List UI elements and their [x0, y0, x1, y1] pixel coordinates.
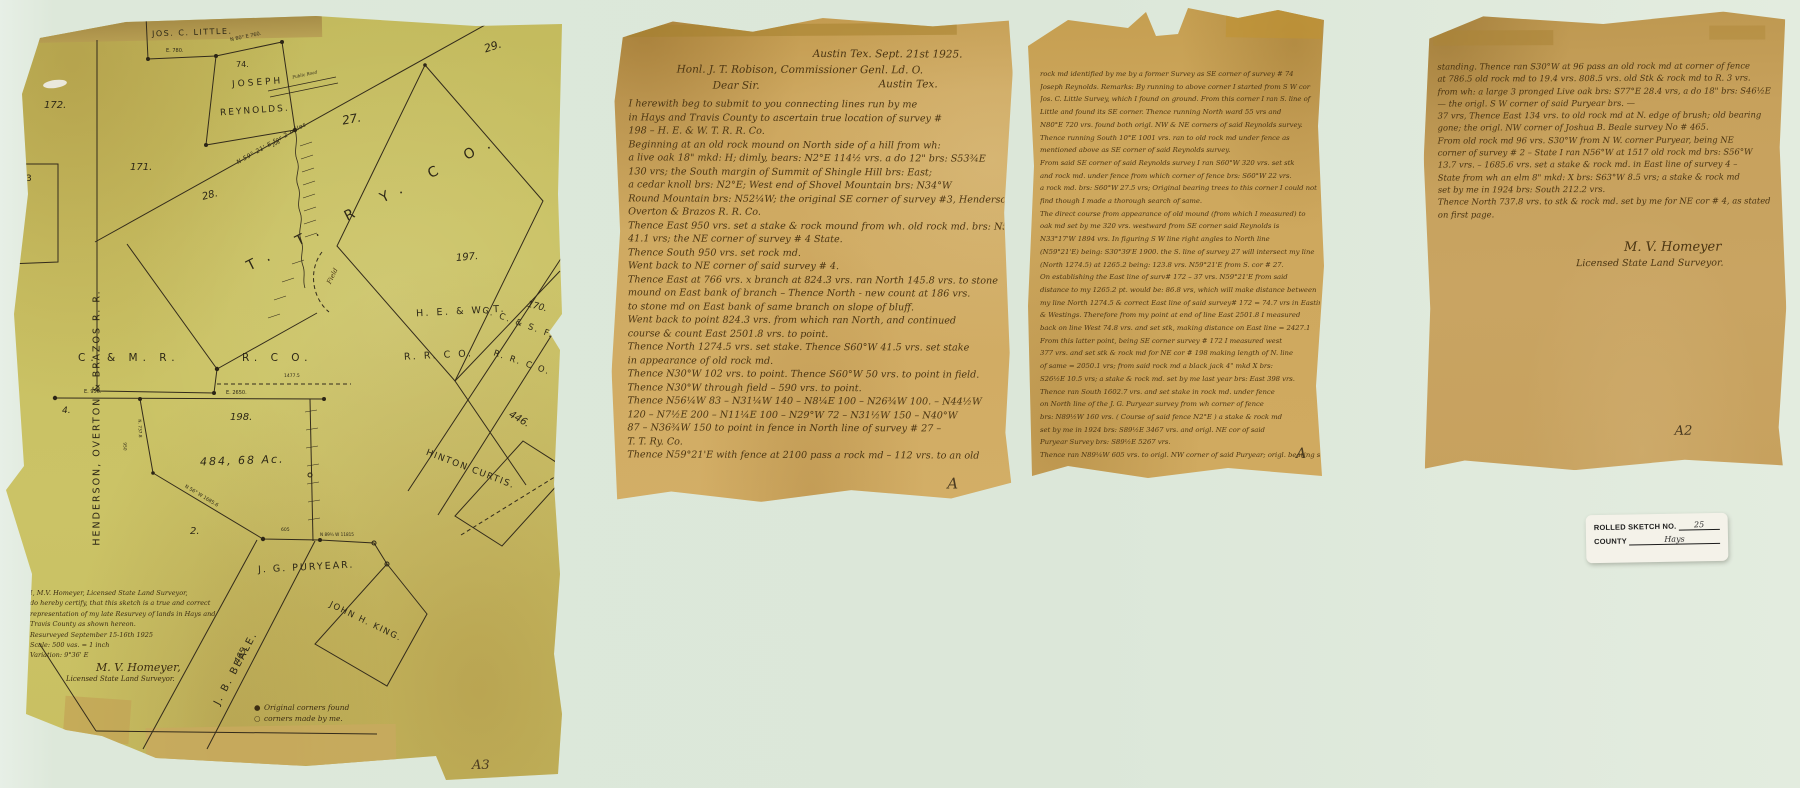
- letter-line: back on line West 74.8 vrs. and set stk,…: [1040, 322, 1320, 335]
- letter-line: Thence ran South 1602.7 vrs. and set sta…: [1040, 386, 1320, 399]
- letter-line: on first page.: [1438, 207, 1780, 220]
- letter-line: (North 1274.5) at 1265.2 being: 123.8 vr…: [1040, 259, 1320, 272]
- tape-stain: [627, 23, 957, 37]
- letter-line: The direct course from appearance of old…: [1040, 208, 1320, 221]
- letter-line: 37 vrs, Thence East 134 vrs. to old rock…: [1438, 109, 1780, 122]
- scanned-survey-document: JOS. C. LITTLE. 74. JOSEPH REYNOLDS. 29.…: [0, 0, 1800, 788]
- letter-line: of same = 2050.1 vrs; from said rock md …: [1040, 360, 1320, 373]
- letter-line: a rock md. brs: S60°W 27.5 vrs; Original…: [1040, 182, 1320, 195]
- letter-line: 87 – N36¾W 150 to point in fence in Nort…: [627, 421, 1003, 436]
- letter-page-3: 3 standing. Thence ran S30°W at 96 pass …: [1423, 7, 1787, 474]
- tape-stain: [1709, 25, 1765, 39]
- letter-line: standing. Thence ran S30°W at 96 pass an…: [1437, 59, 1779, 72]
- tape-stain: [1433, 30, 1553, 45]
- certification-line: Scale: 500 vas. = 1 inch: [30, 640, 242, 650]
- letter-line: Thence N56¼W 83 – N31¼W 140 – N8¼E 100 –…: [627, 394, 1003, 409]
- page-number-badge: 2: [1032, 8, 1047, 23]
- letter-line: Thence N30°W through field – 590 vrs. to…: [628, 381, 1004, 396]
- legend-made: ○corners made by me.: [254, 713, 349, 724]
- certification-line: Resurveyed September 15-16th 1925: [30, 630, 242, 640]
- letter-line: Thence South 950 vrs. set rock md.: [628, 246, 1004, 261]
- bearing-n7378: N. 737.8: [136, 419, 142, 437]
- letter-line: mound on East bank of branch – Thence No…: [628, 286, 1004, 301]
- certification-lines: I, M.V. Homeyer, Licensed State Land Sur…: [30, 588, 242, 661]
- letter-line: find though I made a thorough search of …: [1040, 195, 1320, 208]
- certification-line: Travis County as shown hereon.: [30, 619, 242, 629]
- letter-line: 198 – H. E. & W. T. R. R. Co.: [628, 124, 1004, 139]
- letter-addressee: Honl. J. T. Robison, Commissioner Genl. …: [677, 64, 923, 77]
- letter-line: N80°E 720 vrs. found both origl. NW & NE…: [1040, 119, 1320, 132]
- certification-signature-title: Licensed State Land Surveyor.: [66, 674, 242, 684]
- letter-line: rock md identified by me by a former Sur…: [1040, 68, 1320, 81]
- letter-line: gone; the origl. NW corner of Joshua B. …: [1438, 121, 1780, 134]
- map-label-171: 171.: [130, 162, 152, 173]
- letter-line: from wh: a large 3 pronged Live oak brs:…: [1437, 84, 1779, 97]
- bearing-605: 605: [281, 528, 290, 533]
- letter-line: and rock md. under fence from which corn…: [1040, 170, 1320, 183]
- bearing-e2650: E. 2650.: [226, 390, 247, 396]
- bearing-e780: E. 780.: [166, 48, 183, 54]
- letter-salutation: Dear Sir.: [713, 80, 760, 92]
- sticker-no-label: ROLLED SKETCH NO.: [1594, 522, 1677, 532]
- letter-line: Thence East at 766 vrs. x branch at 824.…: [628, 273, 1004, 288]
- letter-line: From said SE corner of said Reynolds sur…: [1040, 157, 1320, 170]
- map-label-172: 172.: [44, 100, 66, 111]
- letter-line: distance to my 1265.2 pt. would be: 86.8…: [1040, 284, 1320, 297]
- sticker-county-value: Hays: [1629, 534, 1720, 546]
- bearing-950: 950: [121, 442, 126, 450]
- sticker-row-county: COUNTY Hays: [1594, 534, 1720, 546]
- letter-line: Thence North 737.8 vrs. to stk & rock md…: [1438, 195, 1780, 208]
- open-corner-icon: ○: [254, 713, 264, 724]
- sheet-mark-a3: A3: [472, 758, 490, 773]
- letter-line: From old rock md 96 vrs. S30°W from N W.…: [1438, 133, 1780, 146]
- map-label-henderson-overton-brazos: HENDERSON, OVERTON & BRAZOS R. R.: [92, 241, 103, 595]
- letter-line: S26½E 10.5 vrs; a stake & rock md. set b…: [1040, 373, 1320, 386]
- letter-date: Austin Tex. Sept. 21st 1925.: [813, 48, 963, 61]
- letter-line: Thence running South 10°E 1001 vrs. ran …: [1040, 132, 1320, 145]
- map-label-197: 197.: [456, 251, 479, 264]
- letter-line: & Westings. Therefore from my point at e…: [1040, 309, 1320, 322]
- letter-body: I herewith beg to submit to you connecti…: [627, 97, 1004, 463]
- letter-line: my line North 1274.5 & correct East line…: [1040, 297, 1320, 310]
- map-label-cmr-rco: R. C O.: [242, 352, 312, 364]
- letter-line: I herewith beg to submit to you connecti…: [629, 97, 1005, 112]
- letter-place: Austin Tex.: [879, 78, 938, 90]
- letter-line: set by me in 1924 brs: South 212.2 vrs.: [1438, 182, 1780, 195]
- letter-line: 377 vrs. and set stk & rock md for NE co…: [1040, 347, 1320, 360]
- letter-line: On establishing the East line of surv# 1…: [1040, 271, 1320, 284]
- letter-line: T. T. Ry. Co.: [627, 435, 1003, 450]
- bearing-n8934w: N 89¾ W 11815: [320, 532, 354, 537]
- letter-signature-title: Licensed State Land Surveyor.: [1576, 258, 1723, 270]
- letter-line: Joseph Reynolds. Remarks: By running to …: [1040, 81, 1320, 94]
- map-label-74: 74.: [236, 60, 249, 69]
- letter-line: mentioned above as SE corner of said Rey…: [1040, 144, 1320, 157]
- letter-line: From this latter point, being SE corner …: [1040, 335, 1320, 348]
- letter-line: in Hays and Travis County to ascertain t…: [628, 111, 1004, 126]
- letter-line: set by me in 1924 brs: S89½E 3467 vrs. a…: [1040, 424, 1320, 437]
- legend-found-label: Original corners found: [264, 703, 349, 712]
- map-label-3: 3: [26, 174, 32, 184]
- letter-line: in appearance of old rock md.: [628, 354, 1004, 369]
- letter-line: State from wh an elm 8" mkd: X brs: S63°…: [1438, 170, 1780, 183]
- sticker-no-value: 25: [1678, 520, 1720, 531]
- letter-line: corner of survey # 2 – State I ran N56°W…: [1438, 145, 1780, 158]
- page-number-badge: 3: [1427, 11, 1442, 26]
- letter-line: a cedar knoll brs: N2°E; West end of Sho…: [628, 178, 1004, 193]
- certification-signature: M. V. Homeyer,: [96, 661, 242, 674]
- letter-line: Thence East 950 vrs. set a stake & rock …: [628, 219, 1004, 234]
- map-label-2: 2.: [190, 526, 200, 537]
- letter-line: Thence North 1274.5 vrs. set stake. Then…: [628, 340, 1004, 355]
- letter-line: to stone md on East bank of same branch …: [628, 300, 1004, 315]
- certification-line: Variation: 9°36' E: [30, 650, 242, 660]
- letter-line: Puryear Survey brs: S89½E 5267 vrs.: [1040, 436, 1320, 449]
- letter-line: 130 vrs; the South margin of Summit of S…: [628, 165, 1004, 180]
- letter-line: 13.7 vrs. – 1685.6 vrs. set a stake & ro…: [1438, 158, 1780, 171]
- letter-signature: M. V. Homeyer: [1624, 240, 1721, 255]
- certification-line: do hereby certify, that this sketch is a…: [30, 598, 242, 608]
- sticker-row-no: ROLLED SKETCH NO. 25: [1594, 520, 1720, 532]
- legend-made-label: corners made by me.: [264, 714, 343, 723]
- letter-line: oak md set by me 320 vrs. westward from …: [1040, 220, 1320, 233]
- filled-corner-icon: ●: [254, 702, 264, 713]
- bearing-14775: 1477.5: [284, 374, 300, 379]
- surveyor-certification: I, M.V. Homeyer, Licensed State Land Sur…: [30, 588, 242, 684]
- letter-line: Thence ran N89¼W 605 vrs. to origl. NW c…: [1040, 449, 1320, 462]
- letter-line: at 786.5 old rock md to 19.4 vrs. 808.5 …: [1437, 72, 1779, 85]
- page-mark-a: A: [947, 474, 958, 492]
- letter-line: Went back to point 824.3 vrs. from which…: [628, 313, 1004, 328]
- paper-fragment: [1226, 9, 1322, 39]
- map-label-4: 4.: [62, 406, 71, 416]
- letter-line: 41.1 vrs; the NE corner of survey # 4 St…: [628, 232, 1004, 247]
- legend-found: ●Original corners found: [254, 702, 349, 713]
- survey-map-sheet: JOS. C. LITTLE. 74. JOSEPH REYNOLDS. 29.…: [6, 14, 562, 780]
- letter-page-1: Austin Tex. Sept. 21st 1925. Honl. J. T.…: [611, 11, 1013, 504]
- letter-line: Round Mountain brs: N52¼W; the original …: [628, 192, 1004, 207]
- letter-body: standing. Thence ran S30°W at 96 pass an…: [1437, 59, 1780, 220]
- letter-line: Overton & Brazos R. R. Co.: [628, 205, 1004, 220]
- letter-line: Beginning at an old rock mound on North …: [628, 138, 1004, 153]
- page-mark-a2: A2: [1675, 424, 1693, 439]
- letter-body: rock md identified by me by a former Sur…: [1040, 68, 1320, 462]
- letter-line: — the origl. S W corner of said Puryear …: [1437, 96, 1779, 109]
- letter-line: on North line of the J. G. Puryear surve…: [1040, 398, 1320, 411]
- letter-line: N33°17'W 1894 vrs. In figuring S W line …: [1040, 233, 1320, 246]
- letter-line: a live oak 18" mkd: H; dimly, bears: N2°…: [628, 151, 1004, 166]
- rolled-sketch-sticker: ROLLED SKETCH NO. 25 COUNTY Hays: [1586, 513, 1729, 563]
- map-legend: ●Original corners found ○corners made by…: [254, 702, 349, 724]
- letter-line: Went back to NE corner of said survey # …: [628, 259, 1004, 274]
- sticker-county-label: COUNTY: [1594, 537, 1627, 547]
- letter-line: Thence N30°W 102 vrs. to point. Thence S…: [628, 367, 1004, 382]
- certification-line: I, M.V. Homeyer, Licensed State Land Sur…: [30, 588, 242, 598]
- map-label-198: 198.: [230, 412, 252, 423]
- letter-page-2: 2 rock md identified by me by a former S…: [1028, 6, 1324, 484]
- letter-line: 120 – N7½E 200 – N11¼E 100 – N29°W 72 – …: [627, 408, 1003, 423]
- letter-line: (N59°21'E) being: S30°39'E 1900. the S. …: [1040, 246, 1320, 259]
- certification-line: representation of my late Resurvey of la…: [30, 609, 242, 619]
- page-mark-a: A: [1296, 446, 1306, 462]
- letter-line: course & count East 2501.8 vrs. to point…: [628, 327, 1004, 342]
- letter-line: Little and found its SE corner. Thence r…: [1040, 106, 1320, 119]
- bearing-e950: E. 950.: [84, 389, 101, 395]
- letter-line: Jos. C. Little Survey, which I found on …: [1040, 93, 1320, 106]
- letter-line: Thence N59°21'E with fence at 2100 pass …: [627, 448, 1003, 463]
- letter-line: brs: N89½W 160 vrs. ( Course of said fen…: [1040, 411, 1320, 424]
